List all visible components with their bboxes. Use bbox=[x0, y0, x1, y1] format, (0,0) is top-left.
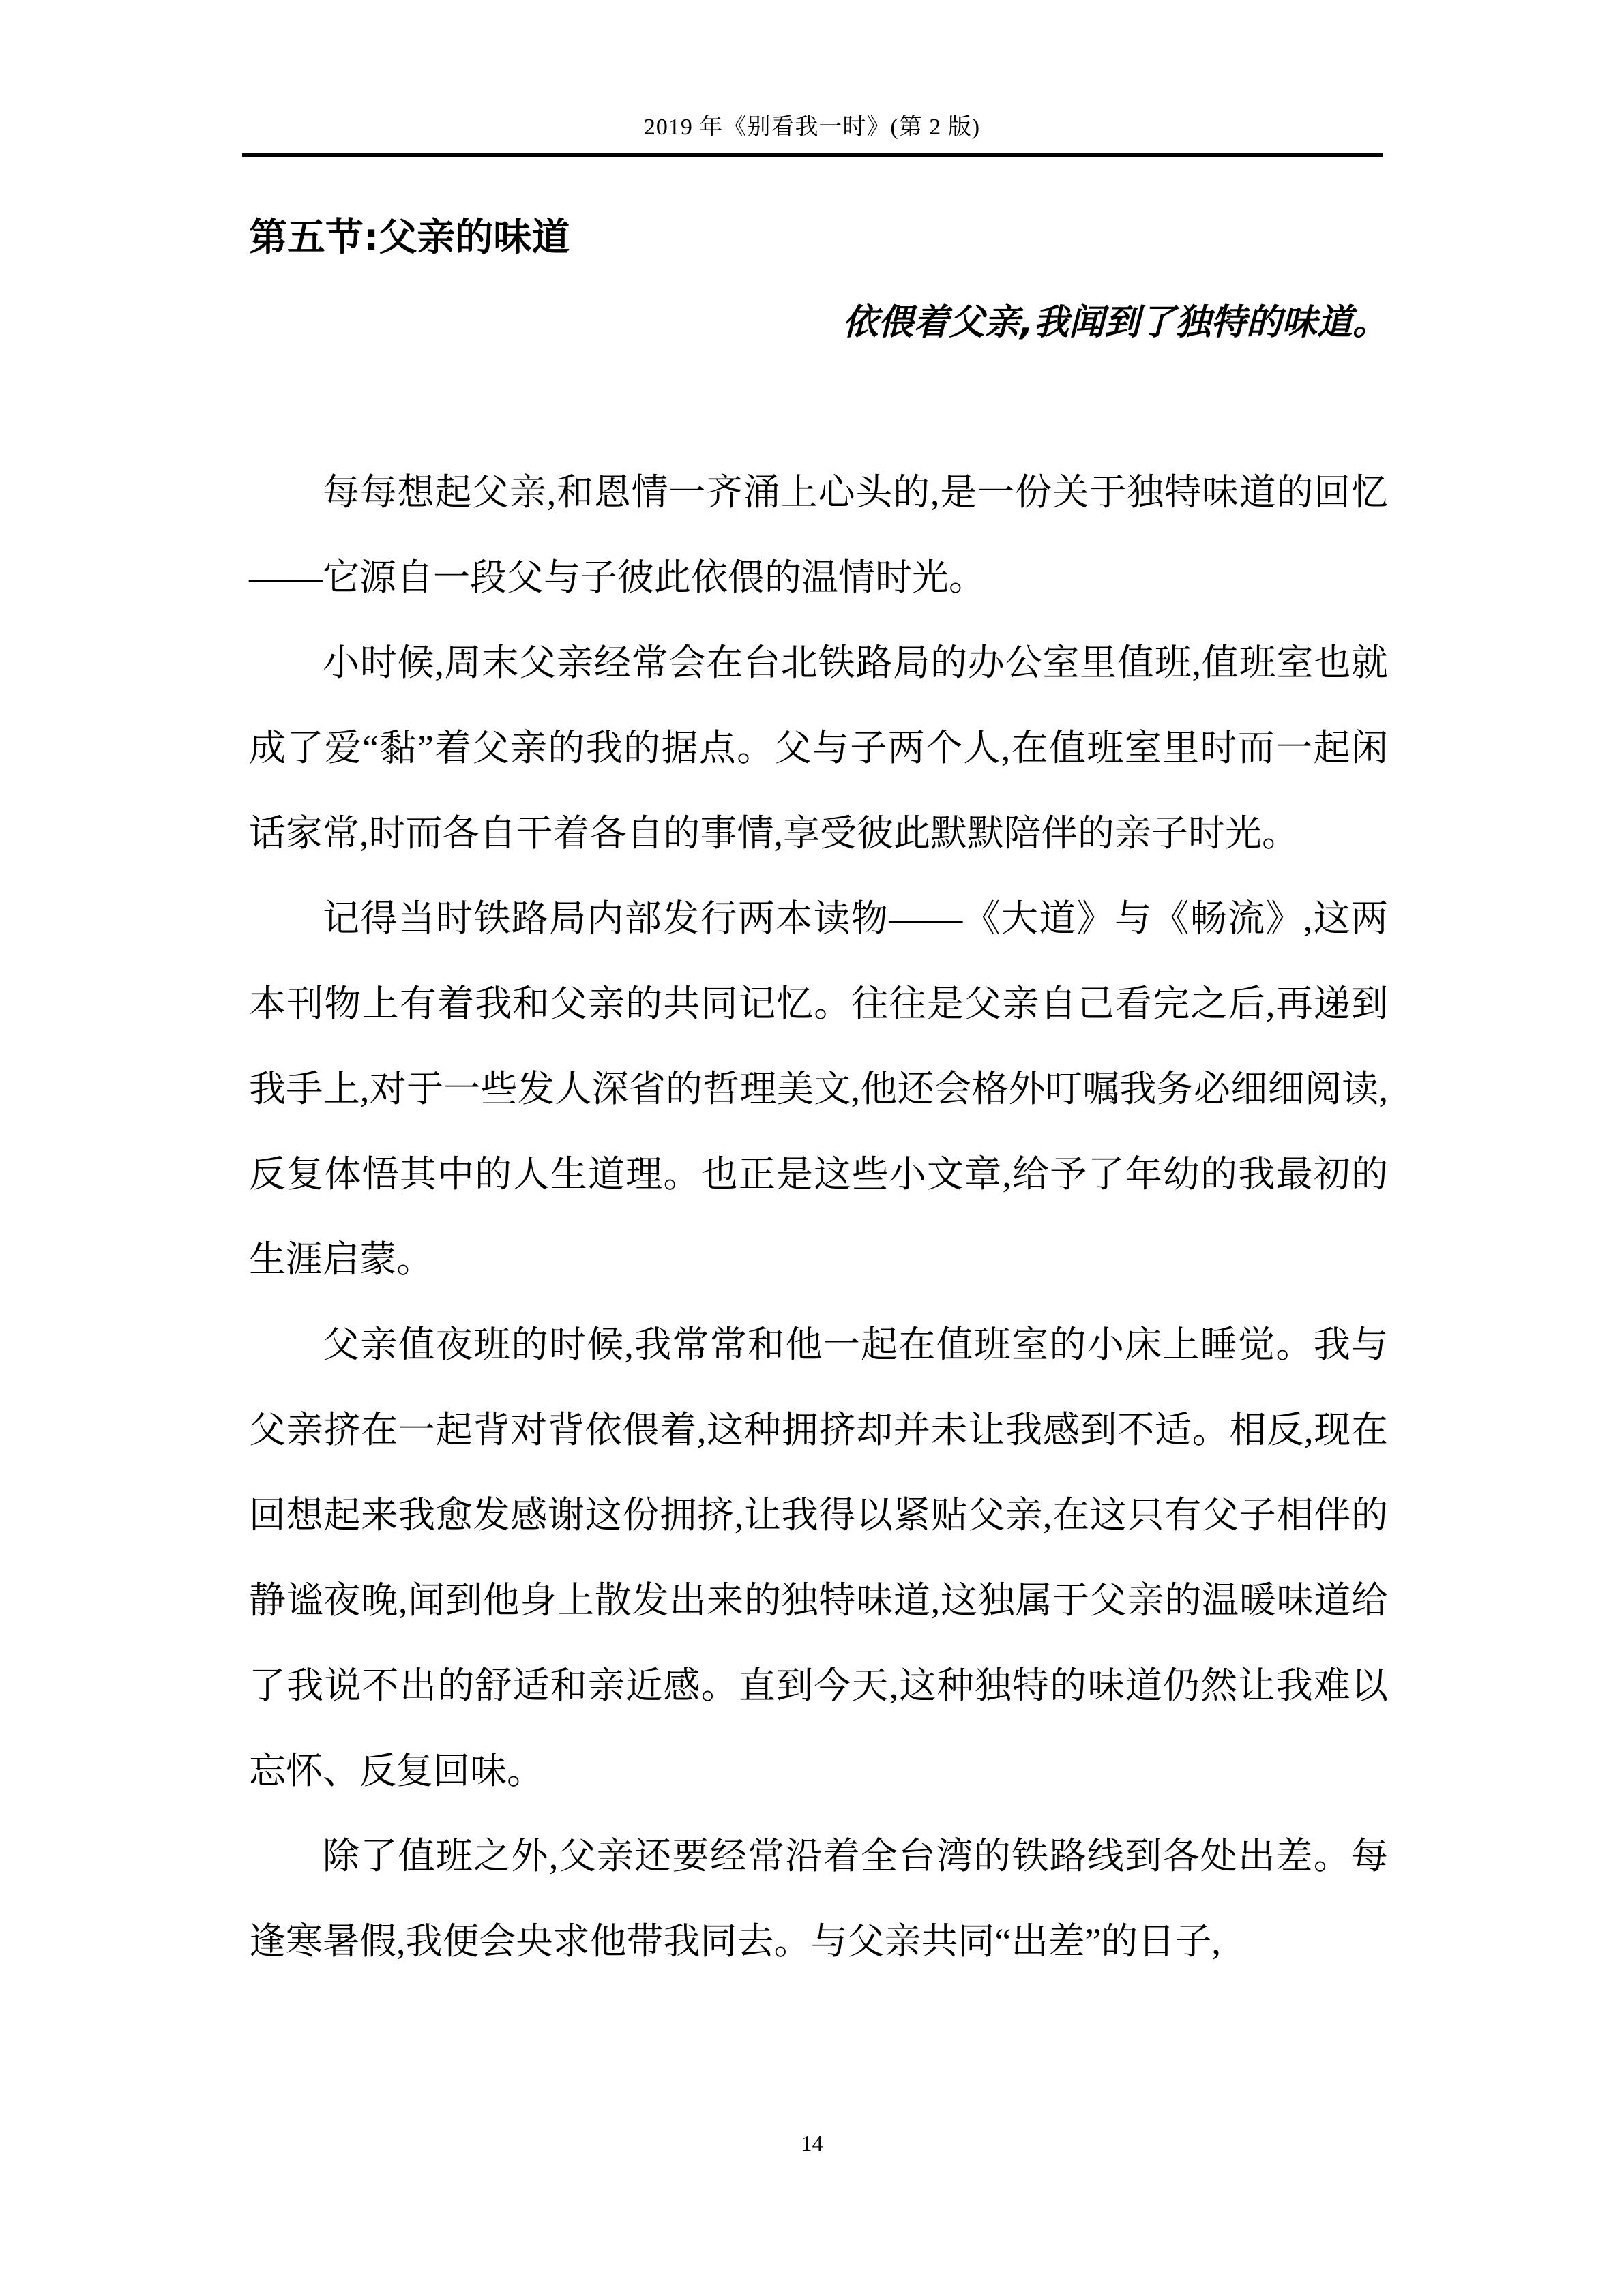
paragraph-5: 除了值班之外,父亲还要经常沿着全台湾的铁路线到各处出差。每逢寒暑假,我便会央求他… bbox=[249, 1814, 1388, 1984]
body-text: 每每想起父亲,和恩情一齐涌上心头的,是一份关于独特味道的回忆——它源自一段父与子… bbox=[249, 450, 1388, 1984]
document-page: 2019 年《别看我一时》(第 2 版) 第五节:父亲的味道 依偎着父亲,我闻到… bbox=[0, 0, 1624, 2296]
header-rule bbox=[242, 153, 1383, 157]
running-header: 2019 年《别看我一时》(第 2 版) bbox=[0, 113, 1624, 142]
paragraph-2: 小时候,周末父亲经常会在台北铁路局的办公室里值班,值班室也就成了爱“黏”着父亲的… bbox=[249, 621, 1388, 876]
paragraph-4: 父亲值夜班的时候,我常常和他一起在值班室的小床上睡觉。我与父亲挤在一起背对背依偎… bbox=[249, 1302, 1388, 1814]
epigraph: 依偎着父亲,我闻到了独特的味道。 bbox=[249, 301, 1388, 344]
page-number: 14 bbox=[0, 2130, 1624, 2156]
section-title: 第五节:父亲的味道 bbox=[249, 215, 570, 260]
paragraph-3: 记得当时铁路局内部发行两本读物——《大道》与《畅流》,这两本刊物上有着我和父亲的… bbox=[249, 876, 1388, 1302]
paragraph-1: 每每想起父亲,和恩情一齐涌上心头的,是一份关于独特味道的回忆——它源自一段父与子… bbox=[249, 450, 1388, 621]
